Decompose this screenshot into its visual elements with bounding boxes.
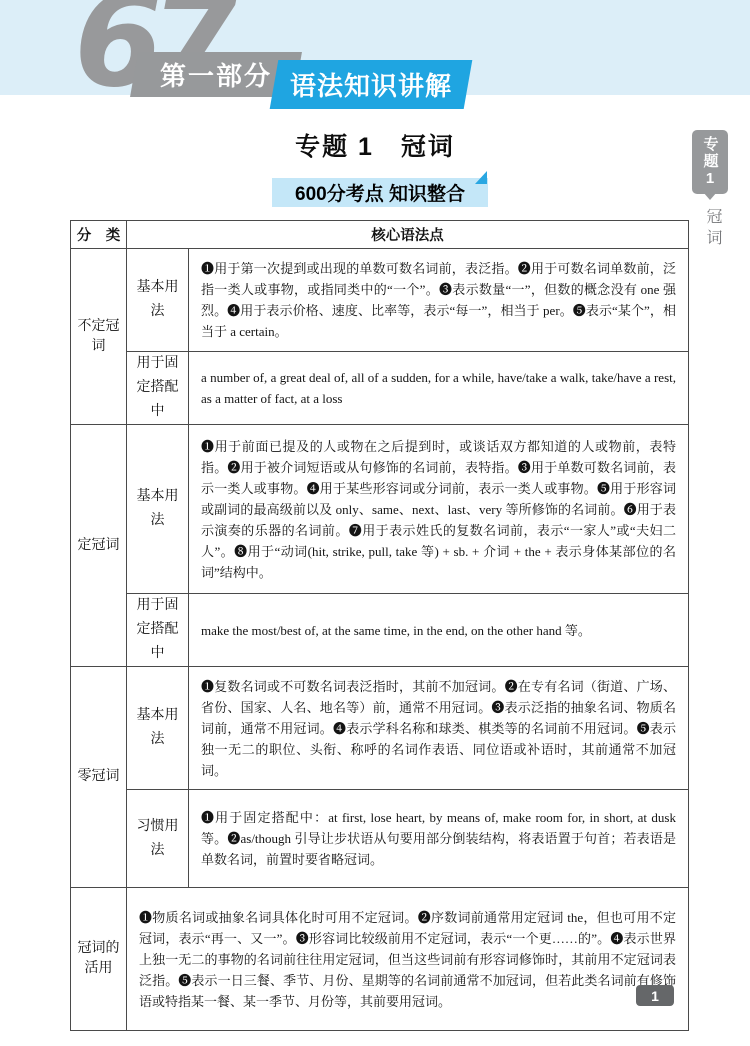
category-zero-article: 零冠词	[71, 667, 127, 888]
table-row: 冠词的活用 ❶物质名词或抽象名词具体化时可用不定冠词。❷序数词前通常用定冠词 t…	[71, 888, 689, 1031]
side-tab-label: 专题1	[700, 136, 721, 189]
row-content: ❶用于固定搭配中：at first, lose heart, by means …	[189, 790, 689, 888]
column-header-core-points: 核心语法点	[127, 221, 689, 249]
points-banner-label: 600分考点 知识整合	[295, 179, 465, 206]
grammar-table: 分 类 核心语法点 不定冠词 基本用法 ❶用于第一次提到或出现的单数可数名词前，…	[70, 220, 689, 1031]
row-label: 用于固定搭配中	[127, 594, 189, 667]
side-tab-sub-label: 冠词	[701, 208, 724, 250]
side-tab-topic: 专题1	[692, 130, 728, 194]
section-banner-label: 语法知识讲解	[290, 66, 452, 103]
column-header-category: 分 类	[71, 221, 127, 249]
category-indefinite-article: 不定冠词	[71, 249, 127, 425]
row-label: 基本用法	[127, 667, 189, 790]
row-label: 基本用法	[127, 249, 189, 352]
row-content: make the most/best of, at the same time,…	[189, 594, 689, 667]
table-row: 定冠词 基本用法 ❶用于前面已提及的人或物在之后提到时，或谈话双方都知道的人或物…	[71, 425, 689, 594]
banner-fold-icon	[475, 171, 487, 184]
category-article-usage: 冠词的活用	[71, 888, 127, 1031]
page-title: 专题 1 冠词	[0, 127, 750, 163]
section-banner: 语法知识讲解	[270, 60, 473, 109]
row-content: ❶物质名词或抽象名词具体化时可用不定冠词。❷序数词前通常用定冠词 the，但也可…	[127, 888, 689, 1031]
table-header-row: 分 类 核心语法点	[71, 221, 689, 249]
table-row: 零冠词 基本用法 ❶复数名词或不可数名词表泛指时，其前不加冠词。❷在专有名词（街…	[71, 667, 689, 790]
category-definite-article: 定冠词	[71, 425, 127, 667]
row-label: 习惯用法	[127, 790, 189, 888]
table-row: 习惯用法 ❶用于固定搭配中：at first, lose heart, by m…	[71, 790, 689, 888]
page-number-badge: 1	[636, 985, 674, 1006]
row-label: 用于固定搭配中	[127, 352, 189, 425]
table-row: 用于固定搭配中 make the most/best of, at the sa…	[71, 594, 689, 667]
table-row: 不定冠词 基本用法 ❶用于第一次提到或出现的单数可数名词前，表泛指。❷用于可数名…	[71, 249, 689, 352]
table-row: 用于固定搭配中 a number of, a great deal of, al…	[71, 352, 689, 425]
row-content: ❶复数名词或不可数名词表泛指时，其前不加冠词。❷在专有名词（街道、广场、省份、国…	[189, 667, 689, 790]
row-label: 基本用法	[127, 425, 189, 594]
row-content: ❶用于前面已提及的人或物在之后提到时，或谈话双方都知道的人或物前，表特指。❷用于…	[189, 425, 689, 594]
row-content: a number of, a great deal of, all of a s…	[189, 352, 689, 425]
part-banner-label: 第一部分	[160, 56, 272, 93]
row-content: ❶用于第一次提到或出现的单数可数名词前，表泛指。❷用于可数名词单数前，泛指一类人…	[189, 249, 689, 352]
book-page: 67 第一部分 语法知识讲解 专题 1 冠词 600分考点 知识整合 专题1 冠…	[0, 0, 750, 1046]
points-banner: 600分考点 知识整合	[272, 178, 488, 207]
